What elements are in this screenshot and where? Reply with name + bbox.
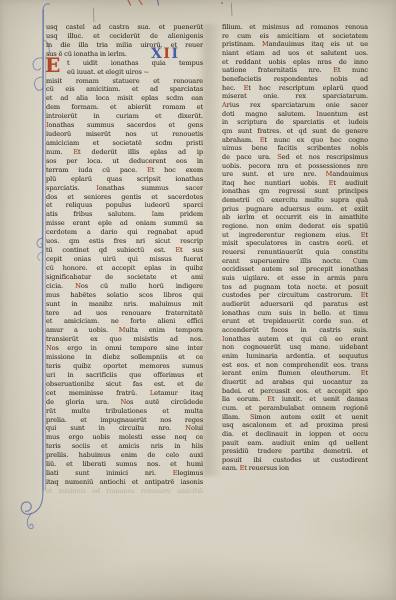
text-line: posuit ibi custodes ut custodirent (222, 456, 368, 465)
text-run: liati sunt inimici nri. (46, 469, 173, 477)
text-run: amur a uobis. (46, 326, 119, 334)
text-line: itaq hec nuntiari uobis. Et audiuit (222, 179, 368, 188)
text-run: pauit eam. audiuit enim qd uellent (222, 439, 368, 447)
text-line: de gloria ura. Nos autē circūdede (46, 398, 203, 407)
text-line: ierant enim flumen eleutherum. Et (222, 369, 368, 378)
text-line: itaq numeniū antiochi et antipatrē iason… (46, 478, 203, 487)
text-run: ed et nos rescripsimus (282, 153, 368, 161)
text-line: accenderūt focos in castris suis. (222, 326, 368, 335)
text-line: filium. et misimus ad romanos renoua (222, 23, 368, 32)
text-run: uobis. pecora nra et possessiones nre (222, 162, 368, 170)
text-line: liati sunt inimici nri. Elegimus (46, 469, 203, 478)
text-run: t (365, 291, 368, 299)
text-run: sos per loca. ut deducerent eos in (46, 157, 203, 165)
text-line: cet meminisse fratrū. Letamur itaq (46, 389, 203, 398)
text-run: t iunxit. et uenit damas (272, 395, 368, 403)
text-run: misit speculatores in castra eorū. et (222, 239, 368, 247)
text-run: filium. et misimus ad romanos renoua (222, 23, 368, 31)
text-run: liū. et liberati sumus nos. et humi (46, 460, 203, 468)
text-run: mus habētes solatio scos libros qui (46, 291, 203, 299)
text-run: etamur itaq (154, 389, 203, 397)
text-run: ut ingrederentur regionem eius. (222, 231, 361, 239)
text-line: teris quibz oportet memores sumus (46, 362, 203, 371)
text-run: preliis. habuimus enim de celo auxi (46, 451, 203, 459)
text-run: transierūt ex quo misistis ad nos. (46, 335, 203, 343)
text-run: illam. (222, 413, 250, 421)
text-run: et reliquus populus iudeorū sparci (46, 201, 203, 209)
text-run: suis uigilare. et esse in armis para (222, 274, 368, 282)
text-line: badei. et percussit eos. et accepit spo (222, 387, 368, 396)
text-line: uos. qm estis fres nri sicut rescrip (46, 237, 203, 246)
text-line: iudeorū miserūt nos ut renouetis (46, 130, 203, 139)
text-run: qm sunt fratres. et qd sunt de genere (222, 127, 368, 135)
text-run: ulta enim tempora (125, 326, 203, 334)
text-run: uos. qm estis fres nri sicut rescrip (46, 237, 203, 245)
text-run: sparciatis. (46, 184, 96, 192)
text-line: misse erant eple ad oniam summū sa (46, 219, 203, 228)
text-line: occidisset autem sol precepit ionathas (222, 265, 368, 274)
text-run: onathas summus sacer (99, 184, 203, 192)
text-line: cum. et perambulabat omnem regionē (222, 404, 368, 413)
text-line: missione in diebz sollempniis et ce (46, 353, 203, 362)
text-run: usq ascalonem et ad proxima presi (222, 421, 368, 429)
text-run: uimus bene facitis scribentes nobis (222, 144, 368, 152)
text-run: ionathas cum suis in bello. et timu (222, 309, 368, 317)
text-line: cerdotem a dario qui regnabat apud (46, 228, 203, 237)
text-line: erant superuenire illis nocte. Cum (222, 257, 368, 266)
text-line: usq castel ad castra sua. et puenerūt (46, 23, 203, 32)
text-line: sos per loca. ut deducerent eos in (46, 157, 203, 166)
text-line: qui sunt in circuitu nro. Nolui (46, 424, 203, 433)
text-line: doti magno salutem. Inuentum est (222, 110, 368, 119)
text-line: miserat onie. rex sparciatarum. (222, 92, 368, 101)
text-line: tos ad pugnam tota nocte. et posuit (222, 283, 368, 292)
text-run: cerdotem a dario qui regnabat apud (46, 228, 203, 236)
text-run: dos et seniores gentis et sacerdotes (46, 193, 203, 201)
text-line: sus ē cū ionatha in ierlm. (46, 50, 203, 59)
text-line: suis uigilare. et esse in armis para (222, 274, 368, 283)
text-line: transierūt ex quo misistis ad nos. (46, 335, 203, 344)
text-line: de pace ura. Sed et nos rescripsimus (222, 153, 368, 162)
text-line: liū. et liberati sumus nos. et humi (46, 460, 203, 469)
text-line: atis fribus salutem. Iam pridem (46, 210, 203, 219)
text-run: uatione fraternitatis nre. (222, 66, 333, 74)
manuscript-page: E XII usq castel ad castra sua. et puene… (0, 0, 396, 600)
text-run: cum. et perambulabat omnem regionē (222, 404, 368, 412)
text-line: cū honore. et accepit eplas in quibz (46, 264, 203, 273)
text-run: presidiū tradere partibz demetrii. et (222, 447, 368, 455)
text-run: qui sunt in circuitu nro. (46, 424, 185, 432)
text-run: erant superuenire illis nocte. (222, 257, 353, 265)
text-line: sunt in manibz nris. maluimus mit (46, 300, 203, 309)
text-run: cicia. (46, 282, 75, 290)
text-run: significabatur de societate et ami (46, 273, 203, 281)
text-line: tū continet qd subiectū est. Et sus (46, 246, 203, 255)
text-run: niant etiam ad uos et salutent uos. (222, 49, 368, 57)
text-run: sunt in manibz nris. maluimus mit (46, 300, 203, 308)
text-line: uimus bene facitis scribentes nobis (222, 144, 368, 153)
text-run: rūt multe tribulationes et multa (46, 407, 203, 415)
text-run: sus ē cū ionatha in ierlm. (46, 50, 127, 58)
text-line: hec. Et hoc rescriptum eplarū quod (222, 84, 368, 93)
text-run: t dederūt illis eplas ad ip (78, 148, 203, 156)
text-run: de gloria ura. (46, 398, 121, 406)
text-line: illam. Simon autem exiit et uenit (222, 413, 368, 422)
text-line: non cognouerūt usq mane. uidebant (222, 343, 368, 352)
text-line: significabatur de societate et ami (46, 273, 203, 282)
text-run: introierūt in curiam et dixerūt. (46, 112, 203, 120)
text-run: onathas summus sacerdos et gens (49, 121, 203, 129)
text-line: dem formam. et abierūt romam et (46, 103, 203, 112)
text-line: lia eorum. Et iunxit. et uenit damas (222, 395, 368, 404)
text-run: badei. et percussit eos. et accepit spo (222, 387, 368, 395)
text-line: regione. non enim dederat eis spatiū (222, 222, 368, 231)
text-run: et amiciciam. ne forte alieni effici (46, 317, 203, 325)
text-run: um (358, 257, 368, 265)
rubricated-text-run: ~ (144, 68, 149, 76)
text-line: cepit onias uirū qui missus fuerat (46, 255, 203, 264)
text-line: et ad alia loca misit eplas scdm ean (46, 94, 203, 103)
text-line: pauit eam. audiuit enim qd uellent (222, 439, 368, 448)
text-run: plū eplarū quas scripsit ionathas (46, 175, 203, 183)
text-line: terram iuda cū pace. Et hoc exem (46, 166, 203, 175)
text-column-left: usq castel ad castra sua. et puenerūtusq… (46, 23, 203, 496)
text-run: in die illa tria milia uirorū. et reuer (46, 41, 203, 49)
text-run: pristinam. (222, 40, 262, 48)
text-run: tū continet qd subiectū est. (46, 246, 175, 254)
text-line: et amiciciam. ne forte alieni effici (46, 317, 203, 326)
text-run: t (365, 231, 368, 239)
text-line: misit romam statuere et renouare (46, 77, 203, 86)
text-line: erunt et trepidauerūt corde suo. et (222, 317, 368, 326)
text-run: misit romam statuere et renouare (46, 77, 203, 85)
text-run: olui (191, 424, 203, 432)
text-run: occidisset autem sol precepit ionathas (222, 265, 368, 273)
text-run: diuertit ad arabas qui uocantur za (222, 378, 368, 386)
text-line: diuertit ad arabas qui uocantur za (222, 378, 368, 387)
text-run: abraham. (222, 136, 260, 144)
text-line: Ionathas summus sacerdos et gens (46, 121, 203, 130)
text-line: abraham. Et nunc ex quo hec cogno (222, 136, 368, 145)
text-run: demetrii cū exercitu multo supra quā (222, 196, 368, 204)
text-line: niant etiam ad uos et salutent uos. (222, 49, 368, 58)
text-run: accenderūt focos in castris suis. (222, 326, 368, 334)
text-line: uri in sacrificiis que offerimus et (46, 371, 203, 380)
text-run: missione in diebz sollempniis et ce (46, 353, 203, 361)
text-line: cicia. Nos cū nullo horū indigere (46, 282, 203, 291)
text-line: ut ingrederentur regionem eius. Et (222, 231, 368, 240)
text-line: Ionathas autem et qui cū eo erant (222, 335, 368, 344)
text-run: dem formam. et abierūt romam et (46, 103, 203, 111)
text-run: usq castel ad castra sua. et puenerūt (46, 23, 203, 31)
text-run: eū iuuat. et elegit uiros (67, 68, 144, 76)
text-run: t hoc exem (152, 166, 203, 174)
text-run: cet meminisse fratrū. (46, 389, 150, 397)
text-line: sparciatis. Ionathas summus sacer (46, 184, 203, 193)
text-run: non cognouerūt usq mane. uidebant (222, 343, 368, 351)
text-run: ierant enim flumen eleutherum. (222, 369, 361, 377)
text-run: nuentum est (319, 110, 368, 118)
text-run: dia. et declinauit in ioppen et occu (222, 430, 368, 438)
text-run: miserat onie. rex sparciatarum. (222, 92, 368, 100)
text-run: amiciciam et societatē scdm pristi (46, 139, 203, 147)
text-line: preliis. habuimus enim de celo auxi (46, 451, 203, 460)
text-line: rūt multe tribulationes et multa (46, 407, 203, 416)
text-run: misse erant eple ad oniam summū sa (46, 219, 203, 227)
text-run: et reddant uobis eplas nras de inno (222, 58, 368, 66)
text-line: benefacietis respondentes nobis ad (222, 75, 368, 84)
text-run: audierūt aduersarii qd paratus est (222, 300, 368, 308)
text-run: eam. (222, 464, 240, 472)
text-run: atis fribus salutem. (46, 210, 152, 218)
text-line: uobis. pecora nra et possessiones nre (222, 162, 368, 171)
text-run: t nunc ex quo hec cogno (265, 136, 368, 144)
text-line: usq illuc. et ceciderūt de alienigenis (46, 32, 203, 41)
text-run: itaq hec nuntiari uobis. (222, 179, 329, 187)
text-line: ionathas qm regressi sunt principes (222, 187, 368, 196)
rubricated-text-run: M (262, 40, 269, 48)
text-line: plū eplarū quas scripsit ionathas (46, 175, 203, 184)
text-run: teris quibz oportet memores sumus (46, 362, 203, 370)
text-run: cū honore. et accepit eplas in quibz (46, 264, 203, 272)
text-run: posuit ibi custodes ut custodirent (222, 456, 368, 464)
text-run: t hoc rescriptum eplarū quod (248, 84, 368, 92)
text-line: ab ierlm et occurrit eis in amathite (222, 213, 368, 222)
text-line: in scriptura de sparciatis et iudeis (222, 118, 368, 127)
text-run: andauimus (332, 170, 368, 178)
text-run: t nunc (338, 66, 368, 74)
text-line: Nos ergo in omni tempore sine inter (46, 344, 203, 353)
text-line: audierūt aduersarii qd paratus est (222, 300, 368, 309)
text-run: cū eis amicitiam. et ad sparciatas (46, 85, 203, 93)
text-run: num. (46, 148, 73, 156)
text-run: uri in sacrificiis que offerimus et (46, 371, 203, 379)
text-run: os autē circūdede (126, 398, 203, 406)
text-run: t uidit ionathas quia tempus (67, 59, 203, 67)
text-line: prelia. et impugnauerūt nos reges (46, 416, 203, 425)
text-run: t reuersus ion (244, 464, 289, 472)
text-run: mus ergo uobis molesti esse neq ce (46, 433, 203, 441)
text-line: in die illa tria milia uirorū. et reuer (46, 41, 203, 50)
text-run: et ad alia loca misit eplas scdm ean (46, 94, 203, 102)
text-run: benefacietis respondentes nobis ad (222, 75, 368, 83)
text-run: reuersi renuntiauerūt quia constitu (222, 248, 368, 256)
text-line: re cum eis amicitiam et societatem (222, 32, 368, 41)
text-line: cū eis amicitiam. et ad sparciatas (46, 85, 203, 94)
text-line: eū iuuat. et elegit uiros ~ (46, 68, 203, 77)
text-line: reuersi renuntiauerūt quia constitu (222, 248, 368, 257)
text-line: demetrii cū exercitu multo supra quā (222, 196, 368, 205)
text-line: teris sociis et amicis nris in hiis (46, 442, 203, 451)
text-line: prius pugnare aduersus eum. et exiit (222, 205, 368, 214)
text-run: ionathas qm regressi sunt principes (222, 187, 368, 195)
text-line: amiciciam et societatē scdm pristi (46, 139, 203, 148)
text-line: amur a uobis. Multa enim tempora (46, 326, 203, 335)
text-line: custodes per circuitum castrorum. Et (222, 291, 368, 300)
text-run: erunt et trepidauerūt corde suo. et (222, 317, 368, 325)
text-line: qm sunt fratres. et qd sunt de genere (222, 127, 368, 136)
text-run: cepit onias uirū qui missus fuerat (46, 255, 203, 263)
text-run: ure sunt. et ure nre. (222, 170, 326, 178)
text-line: enim luminaria ardentia. et sequutus (222, 352, 368, 361)
text-line: misit speculatores in castra eorū. et (222, 239, 368, 248)
text-run: itaq numeniū antiochi et antipatrē iason… (46, 478, 203, 486)
text-line: uatione fraternitatis nre. Et nunc (222, 66, 368, 75)
text-line: tere ad uos renouare fraternitatē (46, 309, 203, 318)
text-line: et reddant uobis eplas nras de inno (222, 58, 368, 67)
text-line: num. Et dederūt illis eplas ad ip (46, 148, 203, 157)
text-line: est eos. et non comprehendit eos. trans (222, 361, 368, 370)
text-line: presidiū tradere partibz demetrii. et (222, 447, 368, 456)
text-run: t sus (180, 246, 203, 254)
text-line: introierūt in curiam et dixerūt. (46, 112, 203, 121)
text-line: mus habētes solatio scos libros qui (46, 291, 203, 300)
text-run: custodes per circuitum castrorum. (222, 291, 361, 299)
text-run: teris sociis et amicis nris in hiis (46, 442, 203, 450)
text-line: eam. Et reuersus ion (222, 464, 368, 473)
text-run: onathas autem et qui cū eo erant (225, 335, 368, 343)
text-run: usq illuc. et ceciderūt de alienigenis (46, 32, 203, 40)
text-run: doti magno salutem. (222, 110, 316, 118)
text-run: est eos. et non comprehendit eos. trans (222, 361, 368, 369)
text-run: de pace ura. (222, 153, 277, 161)
text-line: Arius rex sparciatarum onie sacer (222, 101, 368, 110)
text-line: dia. et declinauit in ioppen et occu (222, 430, 368, 439)
text-run: tos ad pugnam tota nocte. et posuit (222, 283, 368, 291)
text-run: t (365, 369, 368, 377)
text-line: et reliquus populus iudeorū sparci (46, 201, 203, 210)
text-run: legimus (177, 469, 203, 477)
text-run: iudeorū miserūt nos ut renouetis (46, 130, 203, 138)
text-run: tere ad uos renouare fraternitatē (46, 309, 203, 317)
text-run: ab ierlm et occurrit eis in amathite (222, 213, 368, 221)
text-line: pristinam. Mandauimus itaq eis ut ue (222, 40, 368, 49)
faded-text-line: et misimus ad romanos renouare amicitiā (46, 487, 203, 496)
text-run: os ergo in omni tempore sine inter (52, 344, 203, 352)
running-header-remnant (94, 0, 233, 22)
text-run: lia eorum. (222, 395, 267, 403)
text-run: re cum eis amicitiam et societatem (222, 32, 368, 40)
text-run: terram iuda cū pace. (46, 166, 147, 174)
text-column-right: filium. et misimus ad romanos renouare c… (222, 23, 368, 473)
text-line: ionathas cum suis in bello. et timu (222, 309, 368, 318)
text-run: enim luminaria ardentia. et sequutus (222, 352, 368, 360)
text-line: t uidit ionathas quia tempus (46, 59, 203, 68)
text-run: hec. (222, 84, 244, 92)
text-run: t audiuit (333, 179, 368, 187)
text-run: in scriptura de sparciatis et iudeis (222, 118, 368, 126)
text-run: imon autem exiit et uenit (254, 413, 368, 421)
text-run: prius pugnare aduersus eum. et exiit (222, 205, 368, 213)
text-run: andauimus itaq eis ut ue (269, 40, 368, 48)
text-run: rius rex sparciatarum onie sacer (227, 101, 368, 109)
text-run: obseruationibz sicut fas est. et de (46, 380, 203, 388)
text-line: usq ascalonem et ad proxima presi (222, 421, 368, 430)
text-run: prelia. et impugnauerūt nos reges (46, 416, 203, 424)
text-line: dos et seniores gentis et sacerdotes (46, 193, 203, 202)
text-line: obseruationibz sicut fas est. et de (46, 380, 203, 389)
text-run: am pridem (154, 210, 203, 218)
text-run: et misimus ad romanos renouare amicitiā (46, 487, 203, 495)
text-run: os cū nullo horū indigere (81, 282, 203, 290)
text-line: ure sunt. et ure nre. Mandauimus (222, 170, 368, 179)
text-run: regione. non enim dederat eis spatiū (222, 222, 368, 230)
text-line: mus ergo uobis molesti esse neq ce (46, 433, 203, 442)
